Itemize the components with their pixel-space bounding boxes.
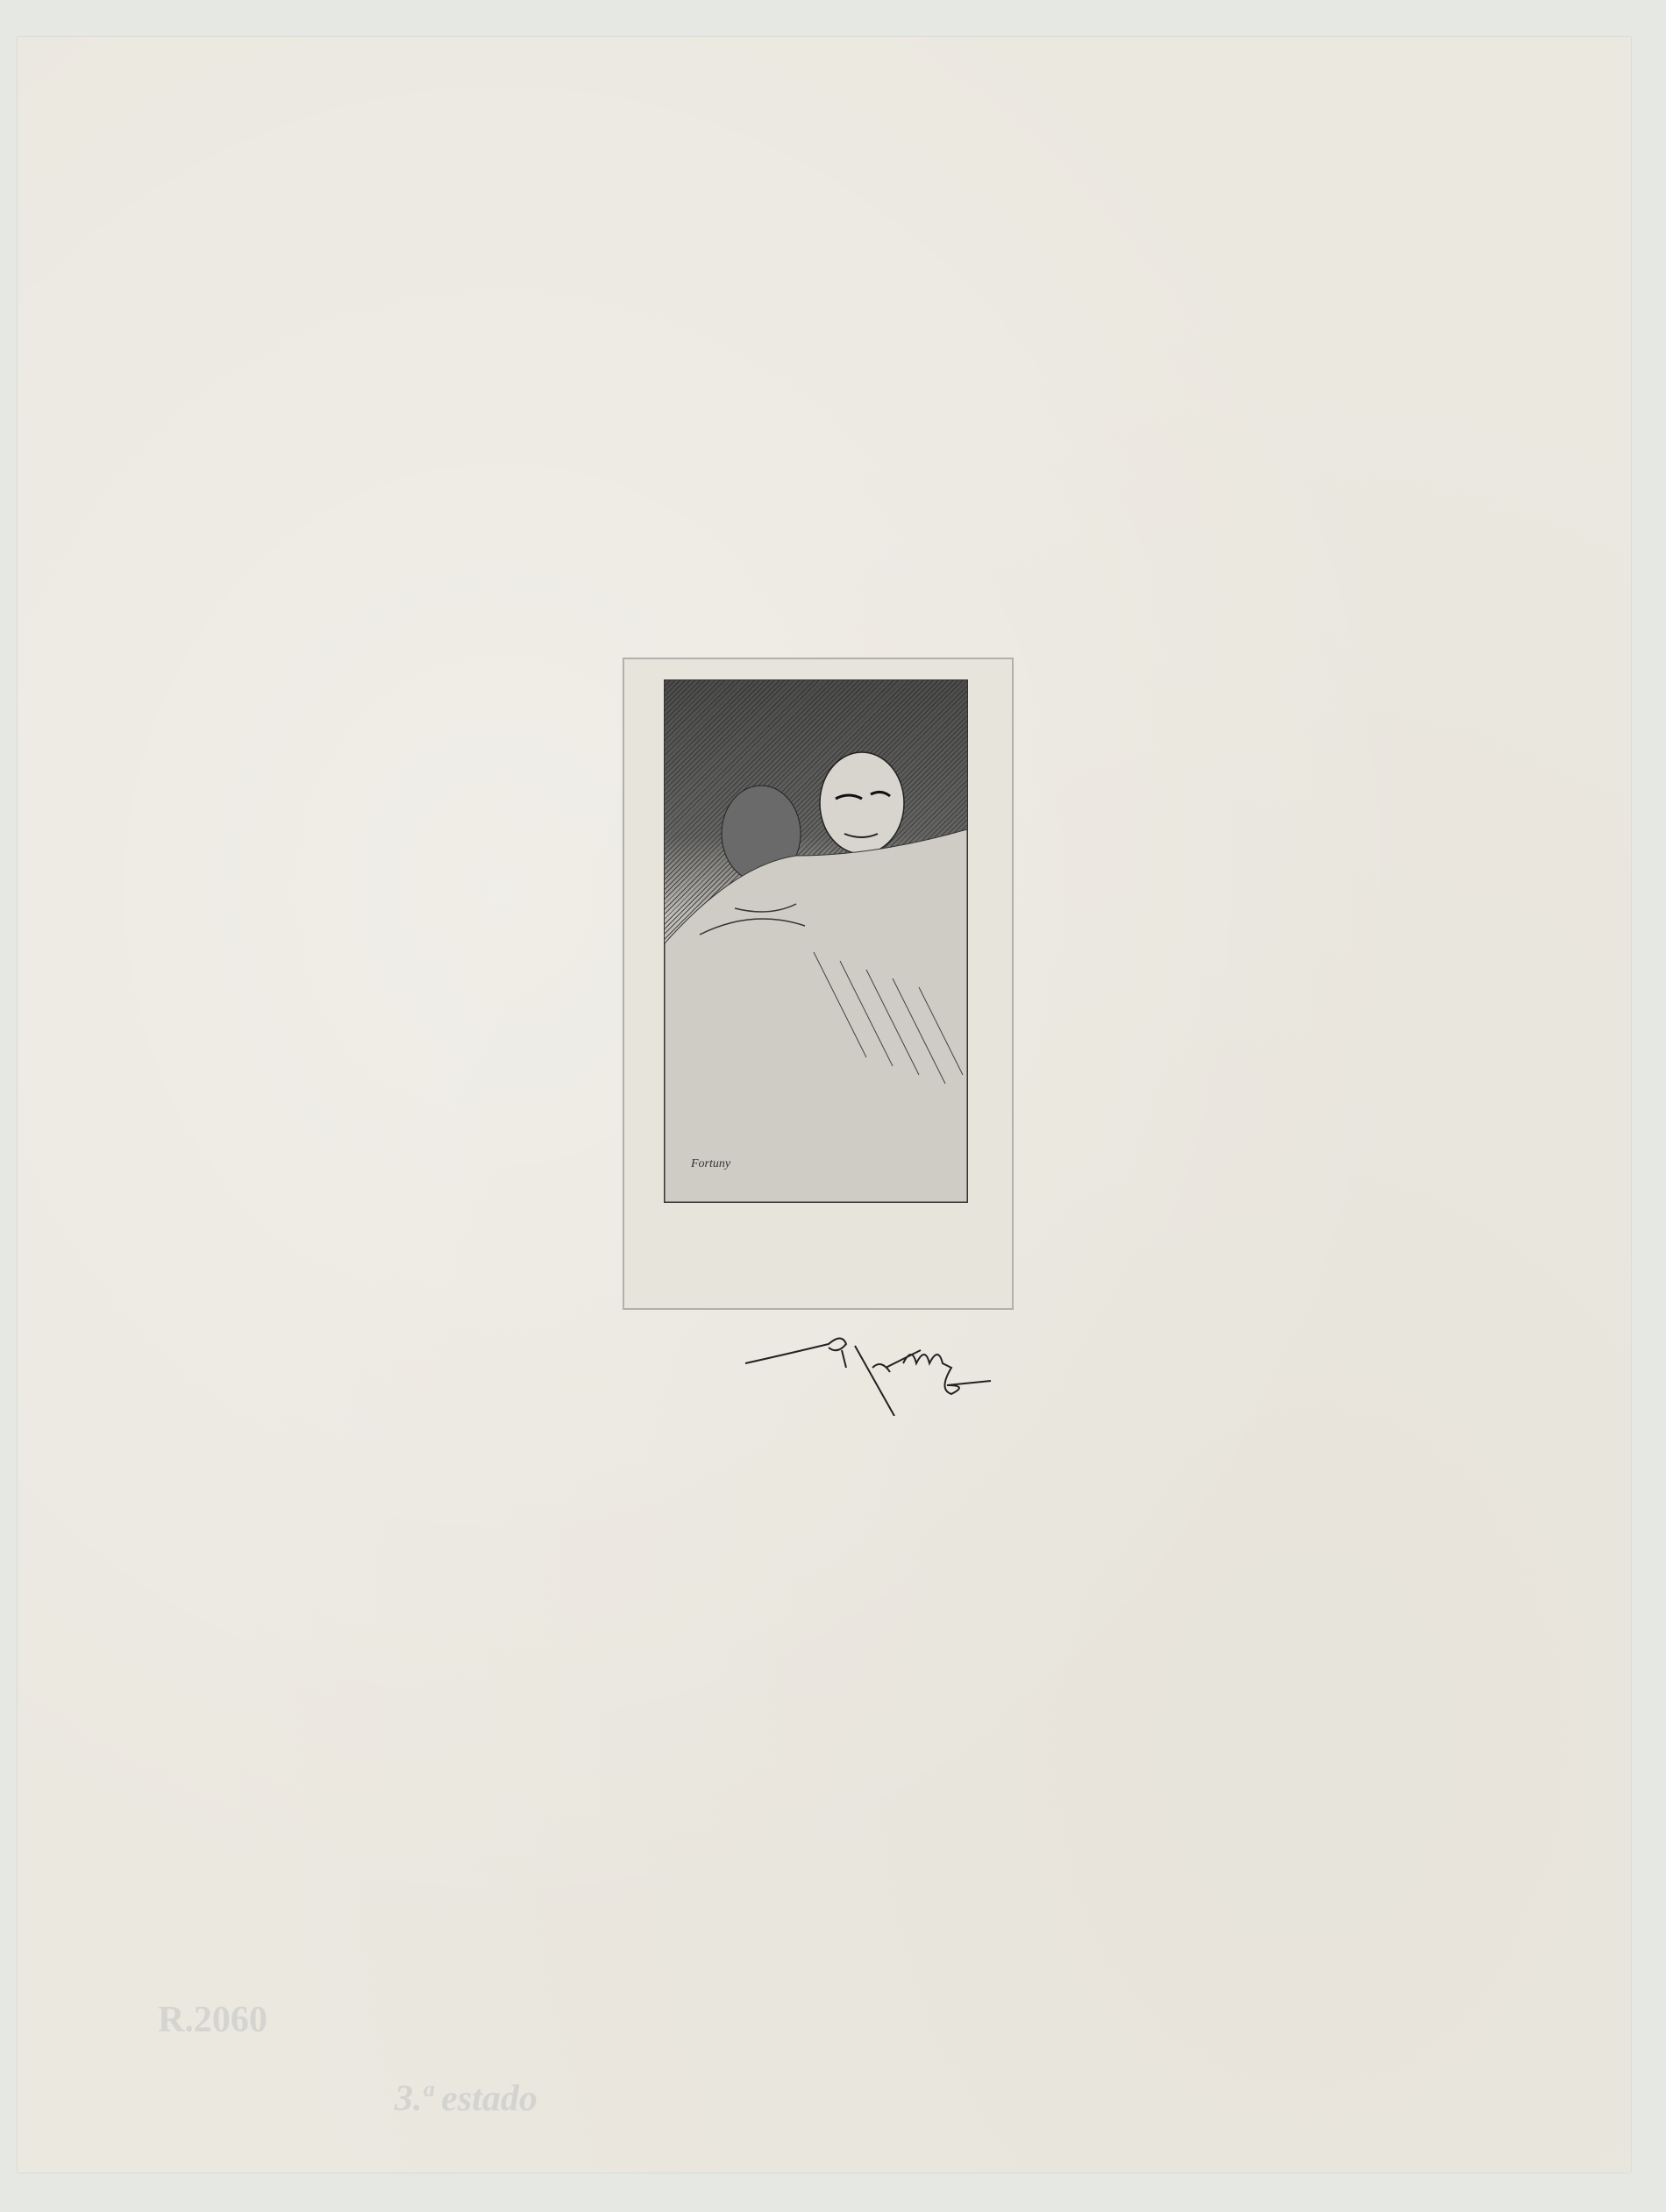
state-note: 3.ª estado (395, 2078, 538, 2120)
plate-signature-text: Fortuny (690, 1157, 731, 1170)
pencil-signature (741, 1328, 995, 1416)
catalogue-number: R.2060 (158, 1999, 267, 2041)
figures-illustration: Fortuny (665, 680, 967, 1202)
etched-image: Fortuny (664, 679, 968, 1203)
